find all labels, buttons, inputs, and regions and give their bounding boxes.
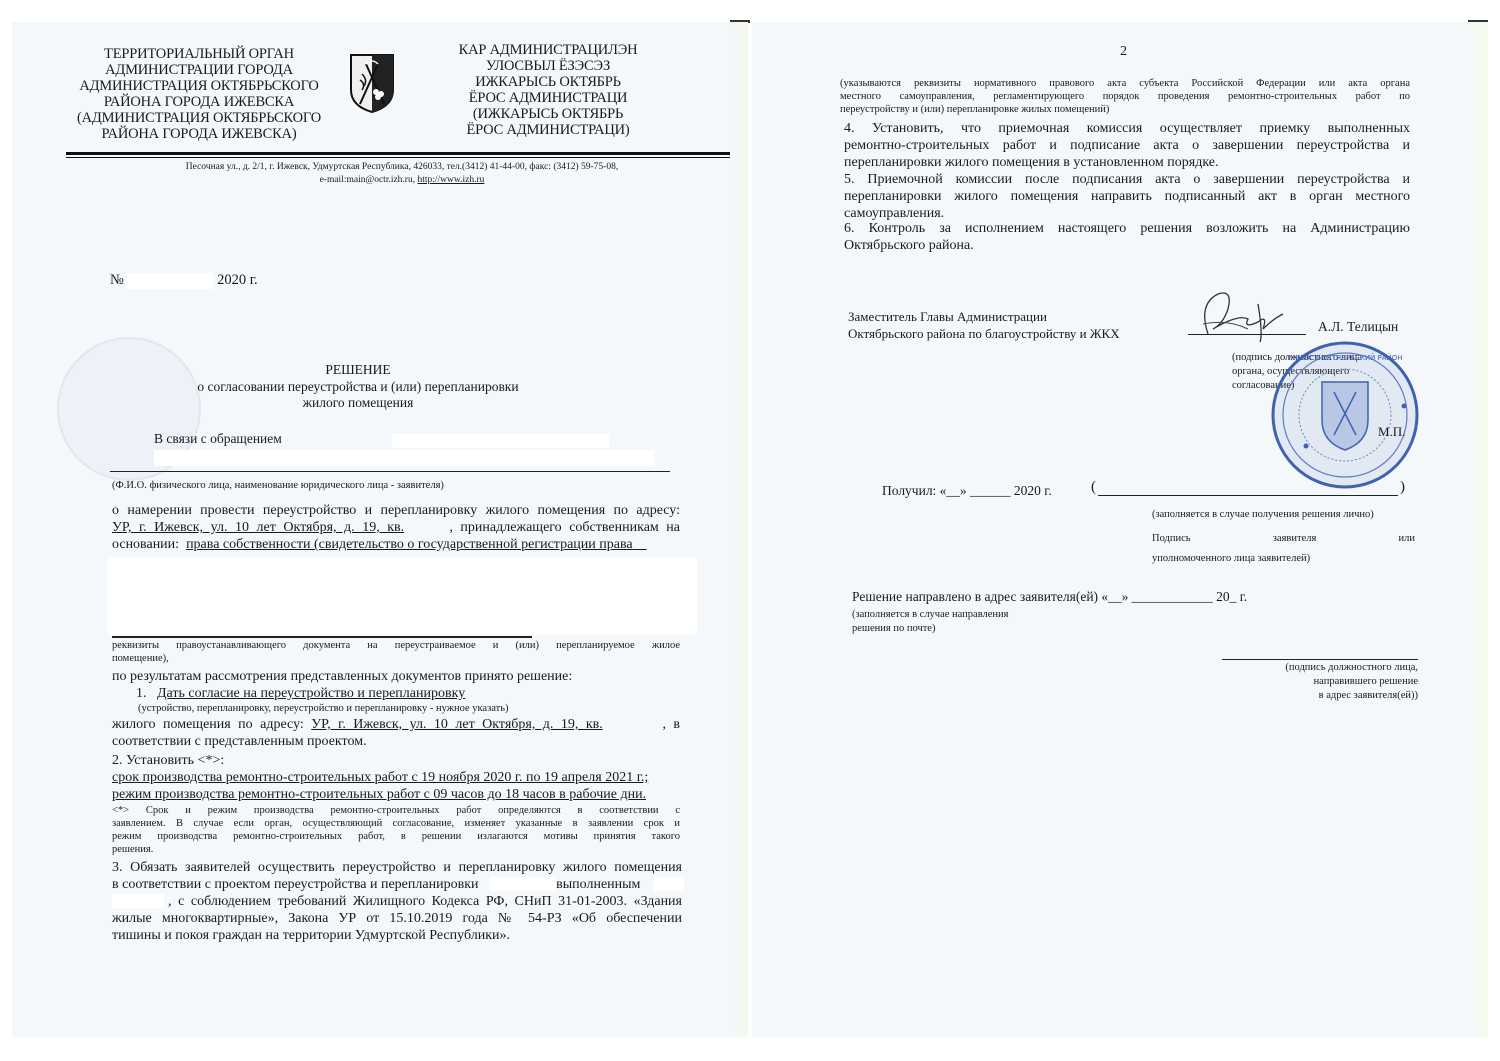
official-seal-stamp: ИЖЕВСК ОКТЯБРЬСКИЙ РАЙОН <box>1270 340 1420 490</box>
applicant-signature-caption: Подпись заявителя или уполномоченного ли… <box>1152 529 1415 569</box>
decision-title-block: РЕШЕНИЕ о согласовании переустройства и … <box>112 362 604 412</box>
stamp-place-mark: М.П. <box>1378 424 1405 440</box>
decision-item-1-caption: (устройство, перепланировку, переустройс… <box>138 702 509 715</box>
sent-caption: (заполняется в случае направления решени… <box>852 608 1009 636</box>
ownership-basis: права собственности (свидетельство о гос… <box>186 537 633 552</box>
document-number: № 2020 г. <box>110 272 258 289</box>
decision-item-1: 1. Дать согласие на переустройство и пер… <box>136 685 465 702</box>
document-page-2: 2 (указываются реквизиты нормативного пр… <box>752 22 1488 1037</box>
decision-item-1-address: жилого помещения по адресу: УР, г. Ижевс… <box>112 716 680 750</box>
decision-item-2: 2. Установить <*>: срок производства рем… <box>112 752 692 803</box>
header-right-org-name-udmurt: КАР АДМИНИСТРАЦИЛЭН УЛОСВЫЛ ЁЗЭСЭЗ ИЖКАР… <box>432 42 664 138</box>
received-bracket-close: ) <box>1400 479 1405 496</box>
decision-item-5: 5. Приемочной комиссии после подписания … <box>844 171 1410 222</box>
property-address: УР, г. Ижевск, ул. 10 лет Октября, д. 19… <box>112 520 404 535</box>
applicant-underline <box>110 471 670 472</box>
signer-title: Заместитель Главы Администрации Октябрьс… <box>848 308 1120 342</box>
signer-name: А.Л. Телицын <box>1318 319 1398 335</box>
legal-act-note: (указываются реквизиты нормативного прав… <box>840 77 1410 116</box>
intent-paragraph: о намерении провести переустройство и пе… <box>112 502 680 553</box>
header-double-rule <box>66 152 742 155</box>
footnote: <*> Срок и режим производства ремонтно-с… <box>112 804 680 856</box>
decision-intro: по результатам рассмотрения представленн… <box>112 668 572 685</box>
applicant-caption: (Ф.И.О. физического лица, наименование ю… <box>112 479 444 492</box>
received-caption: (заполняется в случае получения решения … <box>1152 508 1374 521</box>
ownership-underline <box>112 636 532 638</box>
handwritten-signature <box>1188 284 1298 344</box>
received-line: Получил: «__» ______ 2020 г. <box>882 483 1052 499</box>
decision-item-3: 3. Обязать заявителей осуществить переус… <box>112 859 682 944</box>
ownership-document-redacted <box>107 557 697 635</box>
document-number-redacted <box>127 273 213 289</box>
work-period: срок производства ремонтно-строительных … <box>112 769 692 786</box>
svg-text:ИЖЕВСК ОКТЯБРЬСКИЙ РАЙОН: ИЖЕВСК ОКТЯБРЬСКИЙ РАЙОН <box>1287 353 1402 362</box>
project-author-redacted-3 <box>112 894 164 908</box>
office-address: Песочная ул., д. 2/1, г. Ижевск, Удмуртс… <box>72 161 732 187</box>
project-author-redacted-2 <box>654 877 684 891</box>
website-link[interactable]: http://www.izh.ru <box>417 175 484 185</box>
document-page-1: ТЕРРИТОРИАЛЬНЫЙ ОРГАН АДМИНИСТРАЦИИ ГОРО… <box>12 22 748 1037</box>
page-title: РЕШЕНИЕ <box>112 362 604 379</box>
coat-of-arms-icon <box>348 52 396 114</box>
official-signature-line <box>1222 659 1418 660</box>
applicant-name-redacted-2 <box>154 450 654 466</box>
received-bracket-open: ( <box>1091 479 1096 496</box>
header-double-rule-thin <box>66 157 742 158</box>
applicant-name-redacted <box>392 434 609 448</box>
project-author-redacted <box>490 877 556 891</box>
ownership-caption: реквизиты правоустанавливающего документ… <box>112 639 680 665</box>
signature-line <box>1188 334 1306 335</box>
work-schedule: режим производства ремонтно-строительных… <box>112 786 692 803</box>
header-left-org-name: ТЕРРИТОРИАЛЬНЫЙ ОРГАН АДМИНИСТРАЦИИ ГОРО… <box>64 46 334 142</box>
sent-by-mail-line: Решение направлено в адрес заявителя(ей)… <box>852 589 1247 605</box>
official-signature-caption: (подпись должностного лица, направившего… <box>1222 661 1418 703</box>
page-number: 2 <box>1120 44 1127 60</box>
decision-item-4: 4. Установить, что приемочная комиссия о… <box>844 120 1410 171</box>
received-signature-line <box>1098 495 1398 496</box>
decision-item-6: 6. Контроль за исполнением настоящего ре… <box>844 220 1410 254</box>
in-connection-text: В связи с обращением <box>154 431 282 447</box>
